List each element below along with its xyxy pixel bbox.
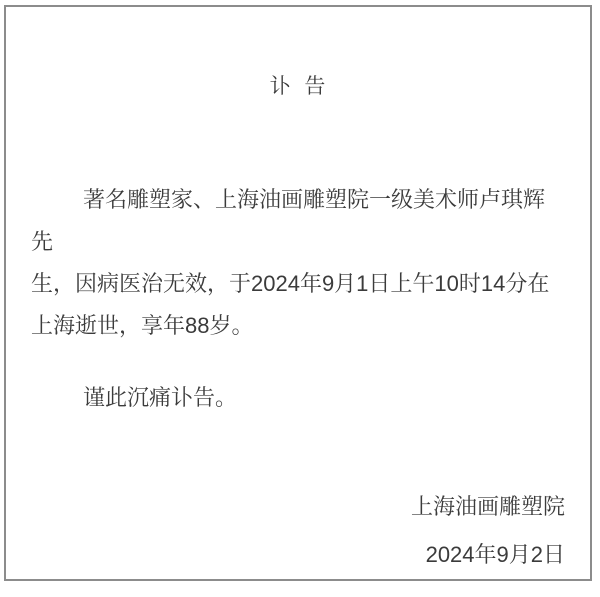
notice-signature: 上海油画雕塑院 (31, 486, 565, 528)
body-line-2: 生，因病医治无效，于2024年9月1日上午10时14分在 (31, 263, 565, 305)
obituary-notice-frame: 讣 告 著名雕塑家、上海油画雕塑院一级美术师卢琪辉先 生，因病医治无效，于202… (4, 5, 592, 581)
notice-closing-line: 谨此沉痛讣告。 (31, 377, 565, 419)
notice-title: 讣 告 (31, 76, 565, 98)
notice-date: 2024年9月2日 (31, 534, 565, 576)
body-line-3: 上海逝世，享年88岁。 (31, 305, 565, 347)
body-line-1: 著名雕塑家、上海油画雕塑院一级美术师卢琪辉先 (31, 179, 565, 263)
notice-body: 著名雕塑家、上海油画雕塑院一级美术师卢琪辉先 生，因病医治无效，于2024年9月… (31, 179, 565, 347)
